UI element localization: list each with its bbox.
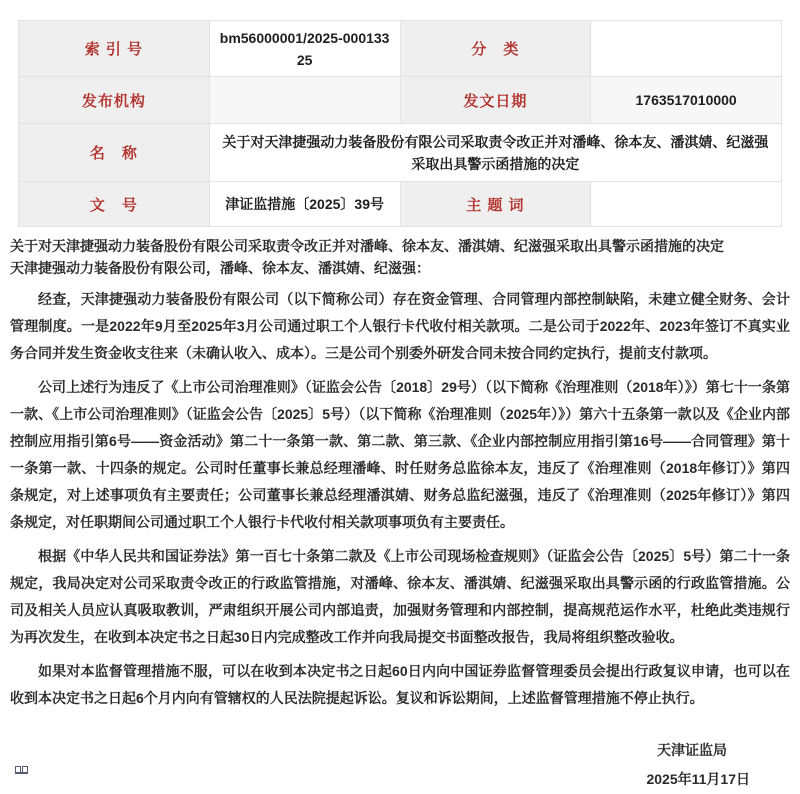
- issuing-agency-value: [209, 77, 400, 124]
- signature-block: 天津证监局 2025年11月17日: [10, 736, 790, 794]
- title-label: 名 称: [19, 124, 210, 182]
- page-bottom-marker-icon: [15, 766, 28, 774]
- signature-date: 2025年11月17日: [10, 765, 750, 794]
- document-salutation: 天津捷强动力装备股份有限公司，潘峰、徐本友、潘淇婧、纪滋强：: [10, 257, 790, 279]
- document-title: 关于对天津捷强动力装备股份有限公司采取责令改正并对潘峰、徐本友、潘淇婧、纪滋强采…: [10, 235, 790, 257]
- category-value: [591, 21, 782, 77]
- category-label: 分 类: [400, 21, 591, 77]
- index-number-label: 索 引 号: [19, 21, 210, 77]
- doc-number-label: 文 号: [19, 182, 210, 227]
- paragraph-measures: 根据《中华人民共和国证券法》第一百七十条第二款及《上市公司现场检查规则》（证监会…: [10, 543, 790, 651]
- doc-number-value: 津证监措施〔2025〕39号: [209, 182, 400, 227]
- subject-words-value: [591, 182, 782, 227]
- document-page: 索 引 号 bm56000001/2025-00013325 分 类 发布机构 …: [0, 0, 800, 794]
- subject-words-label: 主 题 词: [400, 182, 591, 227]
- paragraph-findings: 经查，天津捷强动力装备股份有限公司（以下简称公司）存在资金管理、合同管理内部控制…: [10, 286, 790, 367]
- paragraph-appeal-rights: 如果对本监督管理措施不服，可以在收到本决定书之日起60日内向中国证券监督管理委员…: [10, 658, 790, 712]
- title-value: 关于对天津捷强动力装备股份有限公司采取责令改正并对潘峰、徐本友、潘淇婧、纪滋强采…: [209, 124, 781, 182]
- index-number-value: bm56000001/2025-00013325: [209, 21, 400, 77]
- table-row: 名 称 关于对天津捷强动力装备股份有限公司采取责令改正并对潘峰、徐本友、潘淇婧、…: [19, 124, 782, 182]
- issue-date-label: 发文日期: [400, 77, 591, 124]
- paragraph-violations: 公司上述行为违反了《上市公司治理准则》（证监会公告〔2018〕29号）（以下简称…: [10, 374, 790, 536]
- signature-agency: 天津证监局: [10, 736, 727, 765]
- table-row: 发布机构 发文日期 1763517010000: [19, 77, 782, 124]
- document-meta-table: 索 引 号 bm56000001/2025-00013325 分 类 发布机构 …: [18, 20, 782, 227]
- issuing-agency-label: 发布机构: [19, 77, 210, 124]
- table-row: 文 号 津证监措施〔2025〕39号 主 题 词: [19, 182, 782, 227]
- issue-date-value: 1763517010000: [591, 77, 782, 124]
- table-row: 索 引 号 bm56000001/2025-00013325 分 类: [19, 21, 782, 77]
- document-body: 关于对天津捷强动力装备股份有限公司采取责令改正并对潘峰、徐本友、潘淇婧、纪滋强采…: [10, 235, 790, 794]
